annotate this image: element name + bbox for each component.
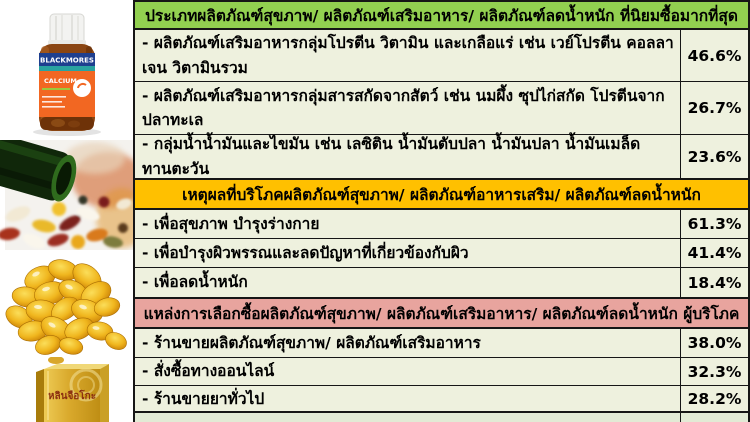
row-label: - ผลิตภัณฑ์เสริมอาหารกลุ่มโปรตีน วิตามิน… [135,30,680,81]
row-label: - กลุ่มน้ำน้ำมันและไขมัน เช่น เลซิติน น้… [135,135,680,178]
percent-value: 26.7% [680,82,748,134]
section-header-text: แหล่งการเลือกซื้อผลิตภัณฑ์สุขภาพ/ ผลิตภั… [140,301,744,326]
section-header-reasons: เหตุผลที่บริโภคผลิตภัณฑ์สุขภาพ/ ผลิตภัณฑ… [135,179,748,210]
row-label: - เพื่อบำรุงผิวพรรณและลดปัญหาที่เกี่ยวข้… [135,239,680,267]
row-label: - ร้านขายผลิตภัณฑ์สุขภาพ/ ผลิตภัณฑ์เสริม… [135,329,680,357]
gold-capsules-illustration [0,250,133,357]
percent-value: 28.2% [680,386,748,411]
spilled-pills-illustration [0,140,133,250]
table-row: - เพื่อสุขภาพ บำรุงร่างกาย 61.3% [135,210,748,239]
gold-capsules-photo [0,250,133,357]
gold-box-text: หลินจือโกะ [48,389,96,402]
table-row: - กลุ่มน้ำน้ำมันและไขมัน เช่น เลซิติน น้… [135,135,748,179]
supplement-bottle-illustration: BLACKMORES CALCIUM [0,0,133,140]
supplement-bottle-photo: BLACKMORES CALCIUM [0,0,133,140]
table-row: - สั่งซื้อทางออนไลน์ 32.3% [135,358,748,386]
table-row: - ร้านขายยาทั่วไป 28.2% [135,386,748,413]
gold-box-photo: หลินจือโกะ [0,357,133,422]
section-header-text: เหตุผลที่บริโภคผลิตภัณฑ์สุขภาพ/ ผลิตภัณฑ… [178,182,705,207]
row-label: - ร้านขายยาทั่วไป [135,386,680,411]
percent-value: 32.3% [680,358,748,385]
percent-value: 61.3% [680,210,748,238]
spilled-pills-photo [0,140,133,250]
percent-value: 46.6% [680,30,748,81]
table-row: - ร้านขายผลิตภัณฑ์สุขภาพ/ ผลิตภัณฑ์เสริม… [135,329,748,358]
gold-box-illustration: หลินจือโกะ [0,357,133,422]
percent-value: 23.6% [680,135,748,178]
percent-value: 38.0% [680,329,748,357]
cutoff-row-label [135,413,680,422]
row-label: - เพื่อลดน้ำหนัก [135,268,680,297]
survey-slide: BLACKMORES CALCIUM [0,0,750,422]
section-header-product-types: ประเภทผลิตภัณฑ์สุขภาพ/ ผลิตภัณฑ์เสริมอาห… [135,2,748,30]
cutoff-next-row [135,413,748,422]
bottle-label-text: CALCIUM [44,77,77,85]
percent-value: 18.4% [680,268,748,297]
bottle-brand-text: BLACKMORES [40,57,94,65]
percent-value: 41.4% [680,239,748,267]
row-label: - เพื่อสุขภาพ บำรุงร่างกาย [135,210,680,238]
survey-table: ประเภทผลิตภัณฑ์สุขภาพ/ ผลิตภัณฑ์เสริมอาห… [133,0,750,422]
table-row: - ผลิตภัณฑ์เสริมอาหารกลุ่มสารสกัดจากสัตว… [135,82,748,135]
table-row: - ผลิตภัณฑ์เสริมอาหารกลุ่มโปรตีน วิตามิน… [135,30,748,82]
product-photo-column: BLACKMORES CALCIUM [0,0,133,422]
section-header-purchase-channels: แหล่งการเลือกซื้อผลิตภัณฑ์สุขภาพ/ ผลิตภั… [135,298,748,329]
row-label: - ผลิตภัณฑ์เสริมอาหารกลุ่มสารสกัดจากสัตว… [135,82,680,134]
row-label: - สั่งซื้อทางออนไลน์ [135,358,680,385]
table-row: - เพื่อลดน้ำหนัก 18.4% [135,268,748,298]
cutoff-row-value [680,413,748,422]
table-row: - เพื่อบำรุงผิวพรรณและลดปัญหาที่เกี่ยวข้… [135,239,748,268]
section-header-text: ประเภทผลิตภัณฑ์สุขภาพ/ ผลิตภัณฑ์เสริมอาห… [141,3,742,28]
